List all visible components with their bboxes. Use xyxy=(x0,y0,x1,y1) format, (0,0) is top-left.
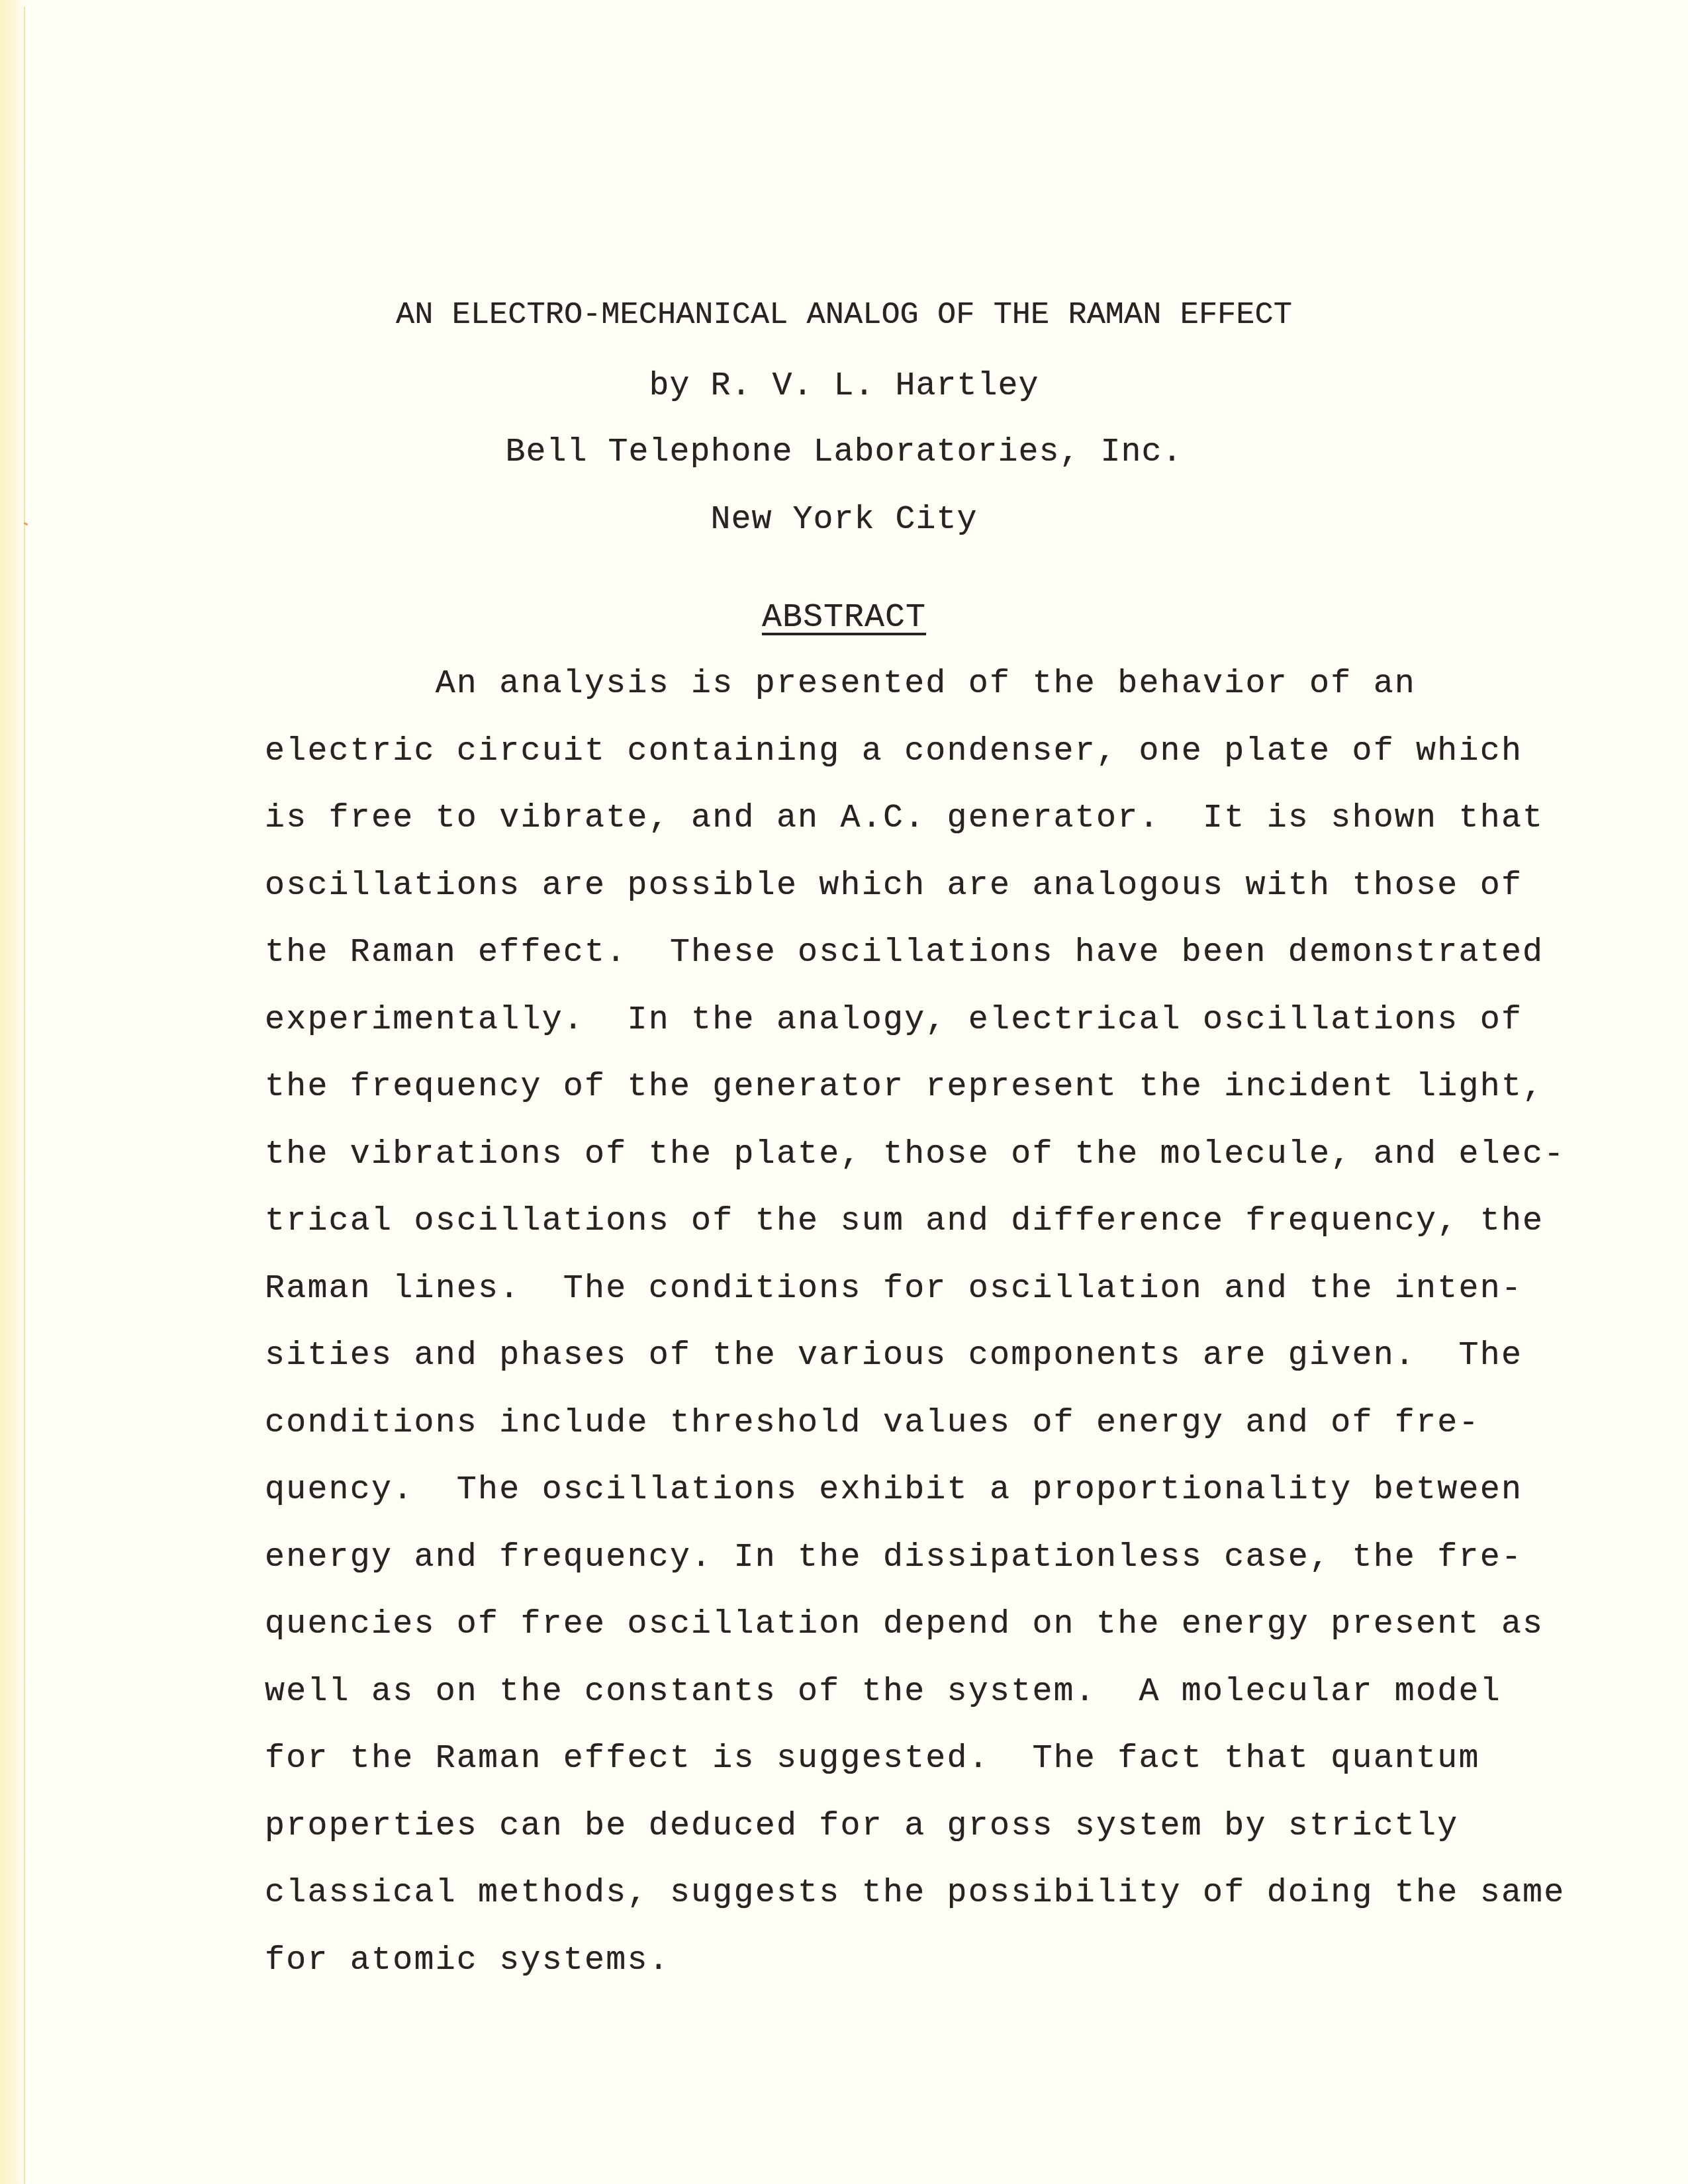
location: New York City xyxy=(0,501,1688,539)
abstract-line: properties can be deduced for a gross sy… xyxy=(265,1807,1458,1845)
abstract-line: quencies of free oscillation depend on t… xyxy=(265,1606,1544,1643)
abstract-line: for atomic systems. xyxy=(265,1942,670,1979)
abstract-line: quency. The oscillations exhibit a propo… xyxy=(265,1471,1523,1509)
abstract-heading-text: ABSTRACT xyxy=(762,599,926,637)
abstract-line: the frequency of the generator represent… xyxy=(265,1068,1544,1106)
abstract-line: is free to vibrate, and an A.C. generato… xyxy=(265,799,1544,837)
abstract-line: Raman lines. The conditions for oscillat… xyxy=(265,1270,1523,1308)
abstract-line: experimentally. In the analogy, electric… xyxy=(265,1001,1523,1039)
abstract-line: conditions include threshold values of e… xyxy=(265,1404,1480,1442)
abstract-line: for the Raman effect is suggested. The f… xyxy=(265,1740,1480,1778)
affiliation: Bell Telephone Laboratories, Inc. xyxy=(0,433,1688,471)
document-title: AN ELECTRO-MECHANICAL ANALOG OF THE RAMA… xyxy=(0,298,1688,333)
abstract-line: energy and frequency. In the dissipation… xyxy=(265,1539,1523,1576)
abstract-line: trical oscillations of the sum and diffe… xyxy=(265,1203,1544,1240)
abstract-line: An analysis is presented of the behavior… xyxy=(265,665,1416,703)
abstract-line: the Raman effect. These oscillations hav… xyxy=(265,934,1544,972)
paper-edge-line xyxy=(24,7,25,2184)
author-byline: by R. V. L. Hartley xyxy=(0,367,1688,405)
abstract-line: sities and phases of the various compone… xyxy=(265,1337,1523,1375)
abstract-line: oscillations are possible which are anal… xyxy=(265,867,1523,905)
abstract-heading: ABSTRACT xyxy=(0,599,1688,637)
abstract-line: classical methods, suggests the possibil… xyxy=(265,1874,1566,1912)
abstract-line: electric circuit containing a condenser,… xyxy=(265,733,1523,770)
abstract-line: well as on the constants of the system. … xyxy=(265,1673,1501,1711)
abstract-line: the vibrations of the plate, those of th… xyxy=(265,1136,1566,1173)
